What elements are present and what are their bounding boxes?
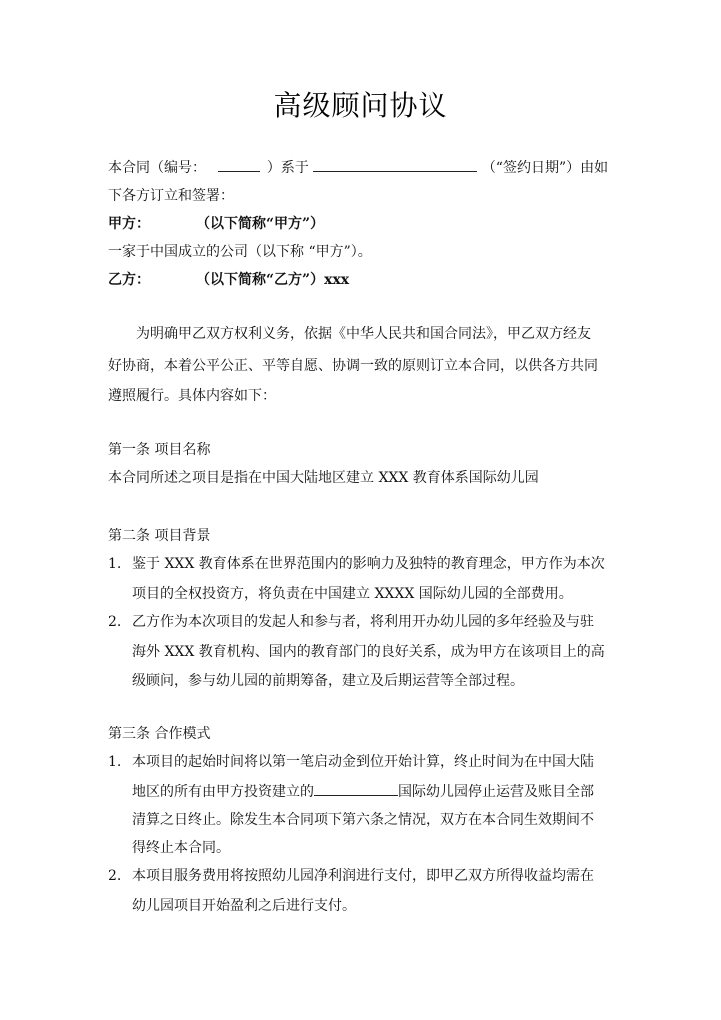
article-3-heading: 第三条 合作模式 <box>108 720 613 748</box>
article-1-heading: 第一条 项目名称 <box>108 436 613 464</box>
article-2-heading: 第二条 项目背景 <box>108 522 613 550</box>
signing-date-label: （“签约日期”）由如 <box>482 160 608 176</box>
article-2-item-2-line-3: 级顾问，参与幼儿园的前期筹备，建立及后期运营等全部过程。 <box>132 667 613 695</box>
article-3-item-1-line-2: 地区的所有由甲方投资建立的国际幼儿园停止运营及账目全部 <box>132 778 613 806</box>
list-number: 2. <box>108 862 132 890</box>
article-1-body: 本合同所述之项目是指在中国大陆地区建立 XXX 教育体系国际幼儿园 <box>108 464 613 492</box>
party-a-alias: （以下简称“甲方”） <box>196 216 324 232</box>
party-b-alias: （以下简称“乙方”）xxx <box>196 272 349 288</box>
party-b-line: 乙方：（以下简称“乙方”）xxx <box>108 266 613 294</box>
article-2-item-2-line-1: 2.乙方作为本次项目的发起人和参与者，将利用开办幼儿园的多年经验及与驻 <box>132 608 613 636</box>
article-2-item-2-line-2: 海外 XXX 教育机构、国内的教育部门的良好关系，成为甲方在该项目上的高 <box>132 638 613 666</box>
preamble-line-2: 下各方订立和签署： <box>108 182 613 210</box>
contract-number-label: 本合同（编号： <box>108 160 206 176</box>
article-3-item-2-line-1: 2.本项目服务费用将按照幼儿园净利润进行支付，即甲乙双方所得收益均需在 <box>132 862 613 890</box>
party-b-label: 乙方： <box>108 272 150 288</box>
article-3-item-2-line-2: 幼儿园项目开始盈利之后进行支付。 <box>132 892 613 920</box>
list-number: 1. <box>108 748 132 776</box>
signed-on-label: ）系于 <box>267 160 309 176</box>
intro-line-2: 好协商，本着公平公正、平等自愿、协调一致的原则订立本合同，以供各方共同 <box>108 352 613 380</box>
article-2-item-1-line-1: 1.鉴于 XXX 教育体系在世界范围内的影响力及独特的教育理念，甲方作为本次 <box>132 550 613 578</box>
preamble-line-1: 本合同（编号： ）系于 （“签约日期”）由如 <box>108 154 613 182</box>
party-a-description: 一家于中国成立的公司（以下称 “甲方”）。 <box>108 238 613 266</box>
school-name-blank <box>314 780 398 796</box>
party-a-label: 甲方： <box>108 216 150 232</box>
signing-date-blank <box>313 156 477 172</box>
article-3-item-1-line-3: 清算之日终止。除发生本合同项下第六条之情况，双方在本合同生效期间不 <box>132 806 613 834</box>
article-2-item-1-line-2: 项目的全权投资方，将负责在中国建立 XXXX 国际幼儿园的全部费用。 <box>132 580 613 608</box>
intro-line-1: 为明确甲乙双方权利义务，依据《中华人民共和国合同法》，甲乙双方经友 <box>108 320 613 348</box>
intro-line-3: 遵照履行。具体内容如下： <box>108 382 613 410</box>
article-3-item-1-line-1: 1.本项目的起始时间将以第一笔启动金到位开始计算，终止时间为在中国大陆 <box>132 748 613 776</box>
list-number: 1. <box>108 550 132 578</box>
article-3-item-1-line-4: 得终止本合同。 <box>132 834 613 862</box>
contract-number-blank <box>218 156 260 172</box>
party-a-line: 甲方：（以下简称“甲方”） <box>108 210 613 238</box>
list-number: 2. <box>108 608 132 636</box>
document-title: 高级顾问协议 <box>108 86 613 126</box>
